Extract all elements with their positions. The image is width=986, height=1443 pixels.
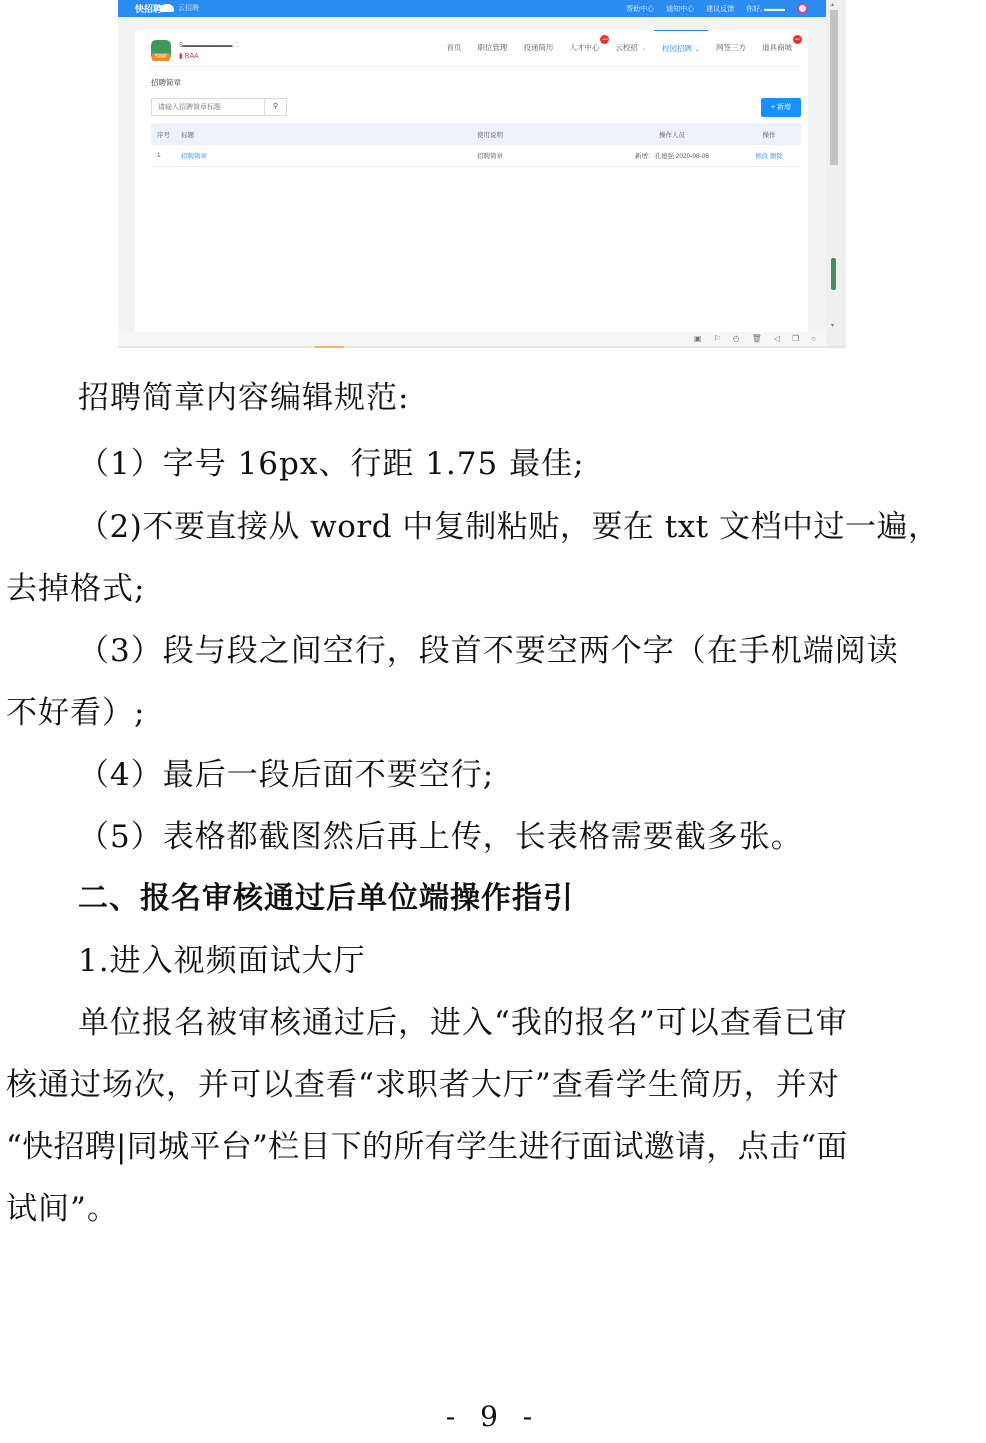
col-operator: 操作人员 <box>607 130 737 139</box>
page-number: - 9 - <box>0 1400 986 1433</box>
col-index: 序号 <box>151 130 177 139</box>
brand-logo[interactable]: 快招聘 <box>135 2 162 15</box>
nav-prop-store[interactable]: 道具商城new <box>754 30 800 62</box>
col-actions: 操作 <box>737 130 801 139</box>
search-button[interactable]: ⚲ <box>264 99 286 115</box>
search-icon: ⚲ <box>273 103 278 110</box>
scroll-marker <box>831 258 836 290</box>
nav-resumes[interactable]: 投递简历 <box>515 30 561 62</box>
rule-4: （4）最后一段后面不要空行; <box>78 755 494 795</box>
rule-5: （5）表格都截图然后再上传，长表格需要截多张。 <box>78 817 803 857</box>
search-icon[interactable]: ○ <box>811 334 816 343</box>
brochure-table: 序号 标题 使用说明 操作人员 操作 1 招聘简章 招聘简章 新增：孔德强 20… <box>151 123 801 167</box>
add-button[interactable]: + 新增 <box>761 98 801 117</box>
accent-bar <box>315 346 344 348</box>
nav-cloud-campus[interactable]: 云校招⌄ <box>607 30 654 62</box>
section-title: 招聘简章 <box>151 77 181 88</box>
top-bar: 快招聘 云招聘 帮助中心 通知中心 建议反馈 你好, ▬▬▬ <box>118 0 826 17</box>
nav-campus-recruitment[interactable]: 校园招聘⌄ <box>654 30 708 62</box>
notification-center-link[interactable]: 通知中心 <box>666 4 694 14</box>
subsection-title: 1.进入视频面试大厅 <box>78 941 366 981</box>
chevron-down-icon: ⌄ <box>641 46 646 52</box>
company-logo: SWP <box>151 40 171 60</box>
scroll-down-icon[interactable]: ▾ <box>831 322 834 329</box>
row-usage: 招聘简章 <box>477 151 607 160</box>
image-bottom-border <box>118 346 846 348</box>
new-badge: new <box>793 35 802 44</box>
trash-icon[interactable]: 🗑 <box>752 334 762 343</box>
chevron-down-icon: ⌄ <box>695 47 700 53</box>
delete-link[interactable]: 删除 <box>770 153 783 160</box>
rule-3-cont: 不好看）; <box>6 693 145 733</box>
paragraph-line-4: 试间”。 <box>6 1189 119 1229</box>
sub-brand: 云招聘 <box>178 3 199 13</box>
search-input[interactable] <box>152 99 264 115</box>
nav-home[interactable]: 首页 <box>438 30 469 62</box>
embedded-screenshot: 快招聘 云招聘 帮助中心 通知中心 建议反馈 你好, ▬▬▬ SWP S▬▬▬▬… <box>118 0 846 348</box>
table-row: 1 招聘简章 招聘简章 新增：孔德强 2020-08-06 修改 删除 <box>151 145 801 167</box>
company-name: S▬▬▬▬▬▬▬▬▬ 二 <box>179 40 239 49</box>
rule-2: （2)不要直接从 word 中复制粘贴，要在 txt 文档中过一遍， <box>78 507 940 547</box>
content-card: SWP S▬▬▬▬▬▬▬▬▬ 二 ▮ BAA 首页 职位管理 投递简历 人才中心… <box>135 30 808 332</box>
scrollbar[interactable]: ▴ ▾ <box>826 0 846 348</box>
intro-text: 招聘简章内容编辑规范: <box>78 378 409 418</box>
scroll-up-icon[interactable]: ▴ <box>831 1 834 8</box>
table-header: 序号 标题 使用说明 操作人员 操作 <box>151 123 801 145</box>
edit-link[interactable]: 修改 <box>755 153 768 160</box>
timer-icon[interactable]: ◴ <box>733 334 740 343</box>
paragraph-line-2: 核通过场次，并可以查看“求职者大厅”查看学生简历，并对 <box>6 1065 840 1105</box>
help-center-link[interactable]: 帮助中心 <box>626 4 654 14</box>
main-nav: 首页 职位管理 投递简历 人才中心new 云校招⌄ 校园招聘⌄ 网签三方 道具商… <box>438 30 800 62</box>
rocket-icon[interactable]: ⚐ <box>714 334 721 343</box>
row-operator: 新增：孔德强 2020-08-06 <box>607 151 737 160</box>
avatar[interactable] <box>797 3 808 14</box>
row-title-link[interactable]: 招聘简章 <box>177 151 477 160</box>
feedback-link[interactable]: 建议反馈 <box>706 4 734 14</box>
copy-icon[interactable]: ❐ <box>792 334 799 343</box>
cloud-icon <box>160 4 174 12</box>
rule-3: （3）段与段之间空行，段首不要空两个字（在手机端阅读 <box>78 631 899 671</box>
speaker-icon[interactable]: ◁ <box>774 334 780 343</box>
top-links: 帮助中心 通知中心 建议反馈 你好, ▬▬▬ <box>626 3 808 14</box>
image-icon[interactable]: ▣ <box>694 334 702 343</box>
browser-toolbar: ▣ ⚐ ◴ 🗑 ◁ ❐ ○ <box>118 332 826 346</box>
user-greeting[interactable]: 你好, ▬▬▬ <box>746 4 785 14</box>
rule-1: （1）字号 16px、行距 1.75 最佳; <box>78 444 585 484</box>
col-usage: 使用说明 <box>477 130 607 139</box>
logo-tag: SWP <box>152 53 170 61</box>
paragraph-line-3: “快招聘|同城平台”栏目下的所有学生进行面试邀请，点击“面 <box>6 1127 848 1167</box>
nav-talent-center[interactable]: 人才中心new <box>561 30 607 62</box>
nav-tripartite[interactable]: 网签三方 <box>708 30 754 62</box>
nav-job-management[interactable]: 职位管理 <box>469 30 515 62</box>
row-index: 1 <box>151 152 177 159</box>
scrollbar-thumb[interactable] <box>830 10 838 165</box>
paragraph-line-1: 单位报名被审核通过后，进入“我的报名”可以查看已审 <box>78 1003 848 1043</box>
search-box: ⚲ <box>151 98 287 116</box>
rule-2-cont: 去掉格式; <box>6 569 145 609</box>
company-code: ▮ BAA <box>179 52 199 60</box>
section-heading: 二、报名审核通过后单位端操作指引 <box>78 879 574 919</box>
col-title: 标题 <box>177 130 477 139</box>
header-divider <box>150 66 800 67</box>
